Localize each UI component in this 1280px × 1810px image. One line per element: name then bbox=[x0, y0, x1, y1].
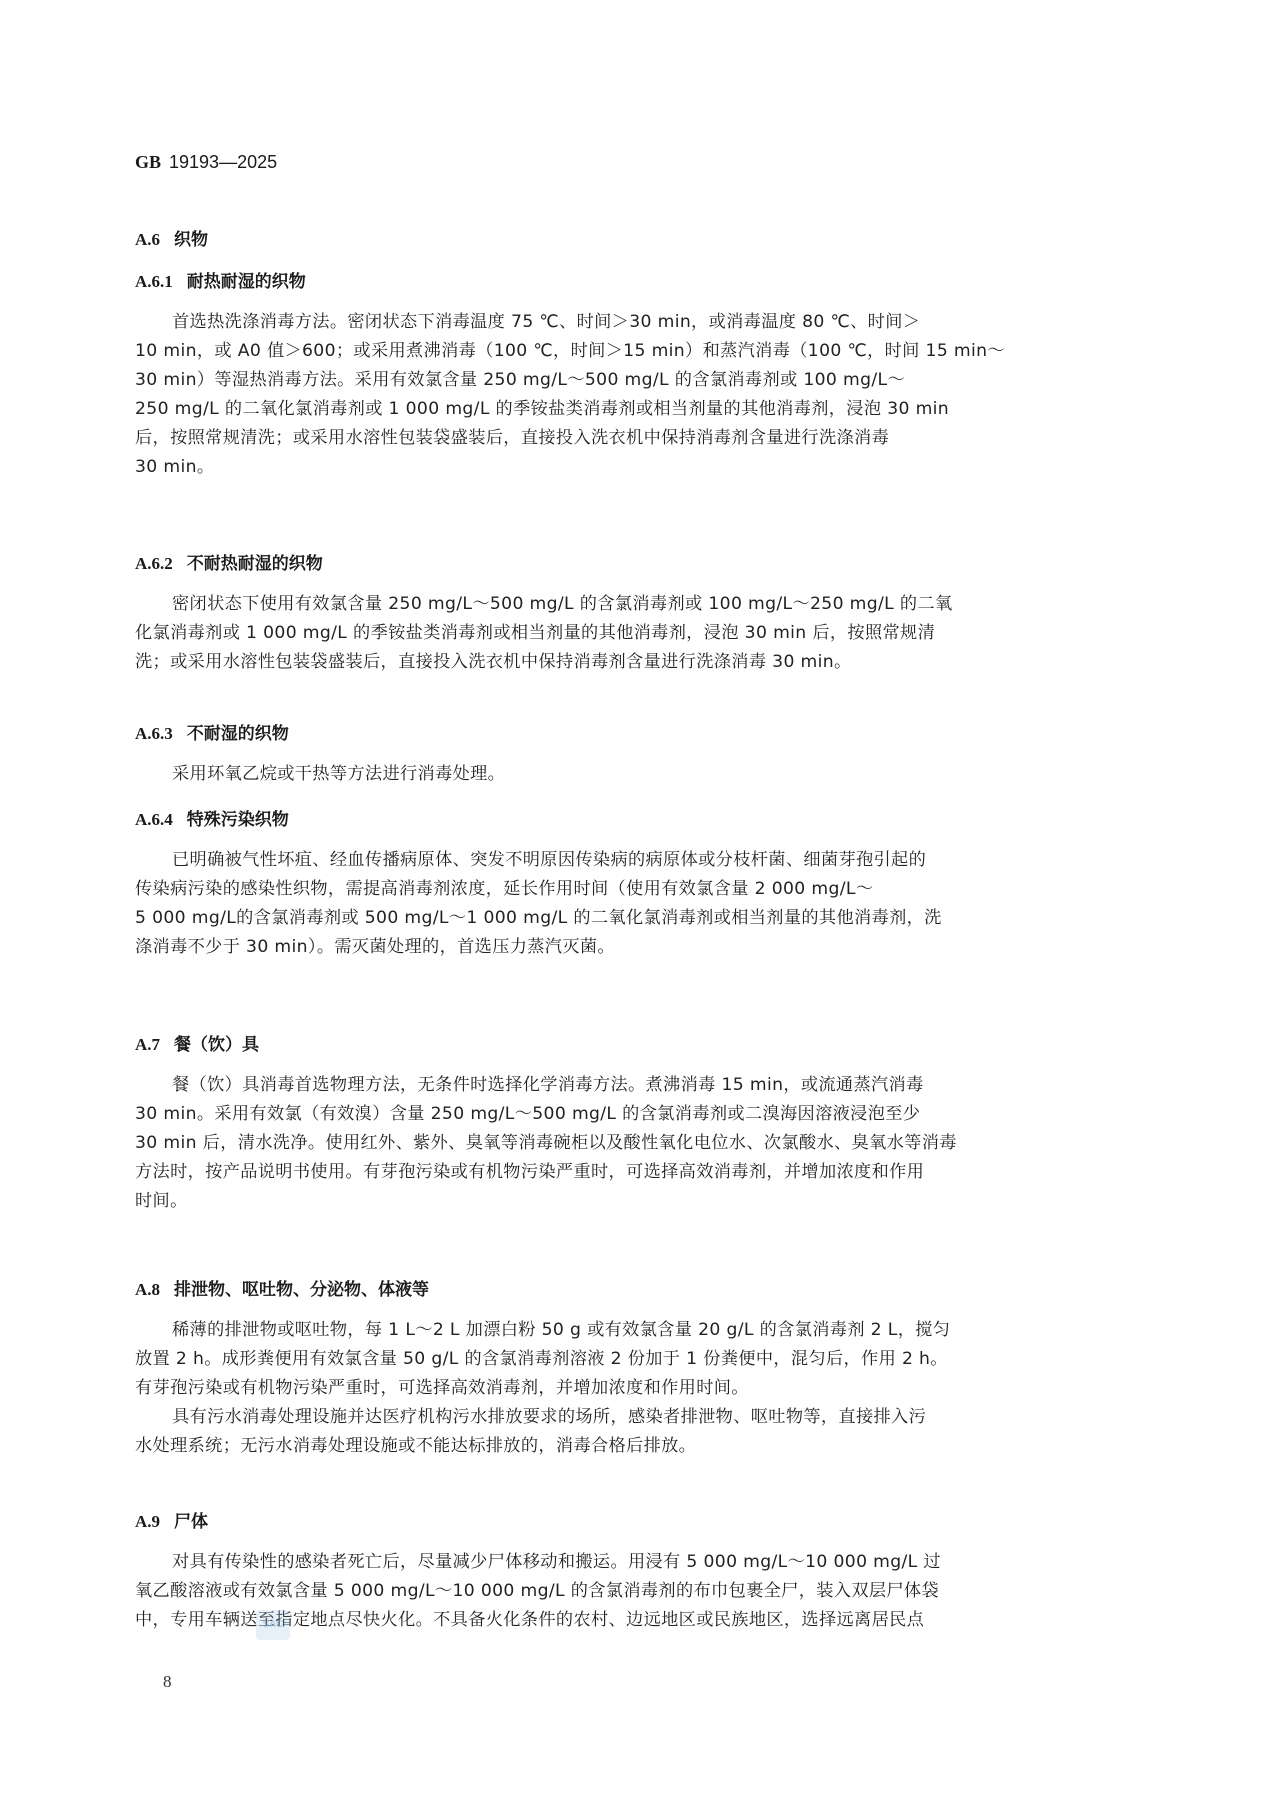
standard-number: 19193—2025 bbox=[169, 152, 277, 172]
section-a6-2: A.6.2不耐热耐湿的织物 密闭状态下使用有效氯含量 250 mg/L～500 … bbox=[135, 552, 1135, 677]
paragraph: 采用环氧乙烷或干热等方法进行消毒处理。 bbox=[135, 760, 1135, 789]
text-line: 涤消毒不少于 30 min）。需灭菌处理的，首选压力蒸汽灭菌。 bbox=[135, 933, 1135, 962]
section-heading: A.7餐（饮）具 bbox=[135, 1033, 1135, 1057]
text-line: 采用环氧乙烷或干热等方法进行消毒处理。 bbox=[135, 760, 1135, 789]
watermark-logo: SAC bbox=[256, 1610, 290, 1640]
text-line: 已明确被气性坏疽、经血传播病原体、突发不明原因传染病的病原体或分枝杆菌、细菌芽孢… bbox=[135, 846, 1135, 875]
section-number: A.6.4 bbox=[135, 808, 173, 832]
text-line: 10 min，或 A0 值＞600；或采用煮沸消毒（100 ℃，时间＞15 mi… bbox=[135, 337, 1135, 366]
section-heading: A.6.4特殊污染织物 bbox=[135, 808, 1135, 832]
text-line: 洗；或采用水溶性包装袋盛装后，直接投入洗衣机中保持消毒剂含量进行洗涤消毒 30 … bbox=[135, 648, 1135, 677]
section-number: A.8 bbox=[135, 1278, 160, 1302]
section-a6-4: A.6.4特殊污染织物 已明确被气性坏疽、经血传播病原体、突发不明原因传染病的病… bbox=[135, 808, 1135, 962]
section-a7: A.7餐（饮）具 餐（饮）具消毒首选物理方法，无条件时选择化学消毒方法。煮沸消毒… bbox=[135, 1033, 1135, 1216]
section-a6: A.6织物 bbox=[135, 228, 1135, 252]
section-title: 织物 bbox=[174, 230, 208, 250]
text-line: 对具有传染性的感染者死亡后，尽量减少尸体移动和搬运。用浸有 5 000 mg/L… bbox=[135, 1548, 1135, 1577]
section-number: A.6 bbox=[135, 228, 160, 252]
text-line: 稀薄的排泄物或呕吐物，每 1 L～2 L 加漂白粉 50 g 或有效氯含量 20… bbox=[135, 1316, 1135, 1345]
section-number: A.6.1 bbox=[135, 270, 173, 294]
text-line: 有芽孢污染或有机物污染严重时，可选择高效消毒剂，并增加浓度和作用时间。 bbox=[135, 1374, 1135, 1403]
text-line: 氧乙酸溶液或有效氯含量 5 000 mg/L～10 000 mg/L 的含氯消毒… bbox=[135, 1577, 1135, 1606]
paragraph: 餐（饮）具消毒首选物理方法，无条件时选择化学消毒方法。煮沸消毒 15 min，或… bbox=[135, 1071, 1135, 1216]
paragraph: 具有污水消毒处理设施并达医疗机构污水排放要求的场所，感染者排泄物、呕吐物等，直接… bbox=[135, 1403, 1135, 1461]
section-title: 尸体 bbox=[174, 1512, 208, 1532]
section-number: A.6.2 bbox=[135, 552, 173, 576]
paragraph: 稀薄的排泄物或呕吐物，每 1 L～2 L 加漂白粉 50 g 或有效氯含量 20… bbox=[135, 1316, 1135, 1403]
text-line: 传染病污染的感染性织物，需提高消毒剂浓度，延长作用时间（使用有效氯含量 2 00… bbox=[135, 875, 1135, 904]
text-line: 具有污水消毒处理设施并达医疗机构污水排放要求的场所，感染者排泄物、呕吐物等，直接… bbox=[135, 1403, 1135, 1432]
section-a6-1: A.6.1耐热耐湿的织物 首选热洗涤消毒方法。密闭状态下消毒温度 75 ℃、时间… bbox=[135, 270, 1135, 482]
section-title: 排泄物、呕吐物、分泌物、体液等 bbox=[174, 1280, 429, 1300]
standard-number-header: GB19193—2025 bbox=[135, 152, 277, 173]
section-number: A.7 bbox=[135, 1033, 160, 1057]
section-heading: A.6.2不耐热耐湿的织物 bbox=[135, 552, 1135, 576]
text-line: 餐（饮）具消毒首选物理方法，无条件时选择化学消毒方法。煮沸消毒 15 min，或… bbox=[135, 1071, 1135, 1100]
text-line: 后，按照常规清洗；或采用水溶性包装袋盛装后，直接投入洗衣机中保持消毒剂含量进行洗… bbox=[135, 424, 1135, 453]
text-line: 30 min）等湿热消毒方法。采用有效氯含量 250 mg/L～500 mg/L… bbox=[135, 366, 1135, 395]
section-title: 耐热耐湿的织物 bbox=[187, 272, 306, 292]
section-title: 特殊污染织物 bbox=[187, 810, 289, 830]
text-line: 30 min。采用有效氯（有效溴）含量 250 mg/L～500 mg/L 的含… bbox=[135, 1100, 1135, 1129]
text-line: 放置 2 h。成形粪便用有效氯含量 50 g/L 的含氯消毒剂溶液 2 份加于 … bbox=[135, 1345, 1135, 1374]
section-title: 不耐热耐湿的织物 bbox=[187, 554, 323, 574]
section-heading: A.6织物 bbox=[135, 228, 1135, 252]
text-line: 时间。 bbox=[135, 1187, 1135, 1216]
text-line: 水处理系统；无污水消毒处理设施或不能达标排放的，消毒合格后排放。 bbox=[135, 1432, 1135, 1461]
section-heading: A.6.1耐热耐湿的织物 bbox=[135, 270, 1135, 294]
section-heading: A.6.3不耐湿的织物 bbox=[135, 722, 1135, 746]
section-a8: A.8排泄物、呕吐物、分泌物、体液等 稀薄的排泄物或呕吐物，每 1 L～2 L … bbox=[135, 1278, 1135, 1461]
text-line: 30 min。 bbox=[135, 453, 1135, 482]
text-line: 化氯消毒剂或 1 000 mg/L 的季铵盐类消毒剂或相当剂量的其他消毒剂，浸泡… bbox=[135, 619, 1135, 648]
text-line: 密闭状态下使用有效氯含量 250 mg/L～500 mg/L 的含氯消毒剂或 1… bbox=[135, 590, 1135, 619]
text-line: 5 000 mg/L的含氯消毒剂或 500 mg/L～1 000 mg/L 的二… bbox=[135, 904, 1135, 933]
text-line: 30 min 后，清水洗净。使用红外、紫外、臭氧等消毒碗柜以及酸性氧化电位水、次… bbox=[135, 1129, 1135, 1158]
text-line: 首选热洗涤消毒方法。密闭状态下消毒温度 75 ℃、时间＞30 min，或消毒温度… bbox=[135, 308, 1135, 337]
section-a6-3: A.6.3不耐湿的织物 采用环氧乙烷或干热等方法进行消毒处理。 bbox=[135, 722, 1135, 789]
paragraph: 已明确被气性坏疽、经血传播病原体、突发不明原因传染病的病原体或分枝杆菌、细菌芽孢… bbox=[135, 846, 1135, 962]
paragraph: 密闭状态下使用有效氯含量 250 mg/L～500 mg/L 的含氯消毒剂或 1… bbox=[135, 590, 1135, 677]
section-title: 不耐湿的织物 bbox=[187, 724, 289, 744]
text-line: 250 mg/L 的二氧化氯消毒剂或 1 000 mg/L 的季铵盐类消毒剂或相… bbox=[135, 395, 1135, 424]
standard-prefix: GB bbox=[135, 152, 161, 172]
section-title: 餐（饮）具 bbox=[174, 1035, 259, 1055]
page-number: 8 bbox=[163, 1672, 172, 1692]
text-line: 方法时，按产品说明书使用。有芽孢污染或有机物污染严重时，可选择高效消毒剂，并增加… bbox=[135, 1158, 1135, 1187]
section-number: A.6.3 bbox=[135, 722, 173, 746]
section-heading: A.9尸体 bbox=[135, 1510, 1135, 1534]
section-heading: A.8排泄物、呕吐物、分泌物、体液等 bbox=[135, 1278, 1135, 1302]
section-number: A.9 bbox=[135, 1510, 160, 1534]
document-page: GB19193—2025 A.6织物 A.6.1耐热耐湿的织物 首选热洗涤消毒方… bbox=[0, 0, 1280, 1810]
paragraph: 首选热洗涤消毒方法。密闭状态下消毒温度 75 ℃、时间＞30 min，或消毒温度… bbox=[135, 308, 1135, 482]
